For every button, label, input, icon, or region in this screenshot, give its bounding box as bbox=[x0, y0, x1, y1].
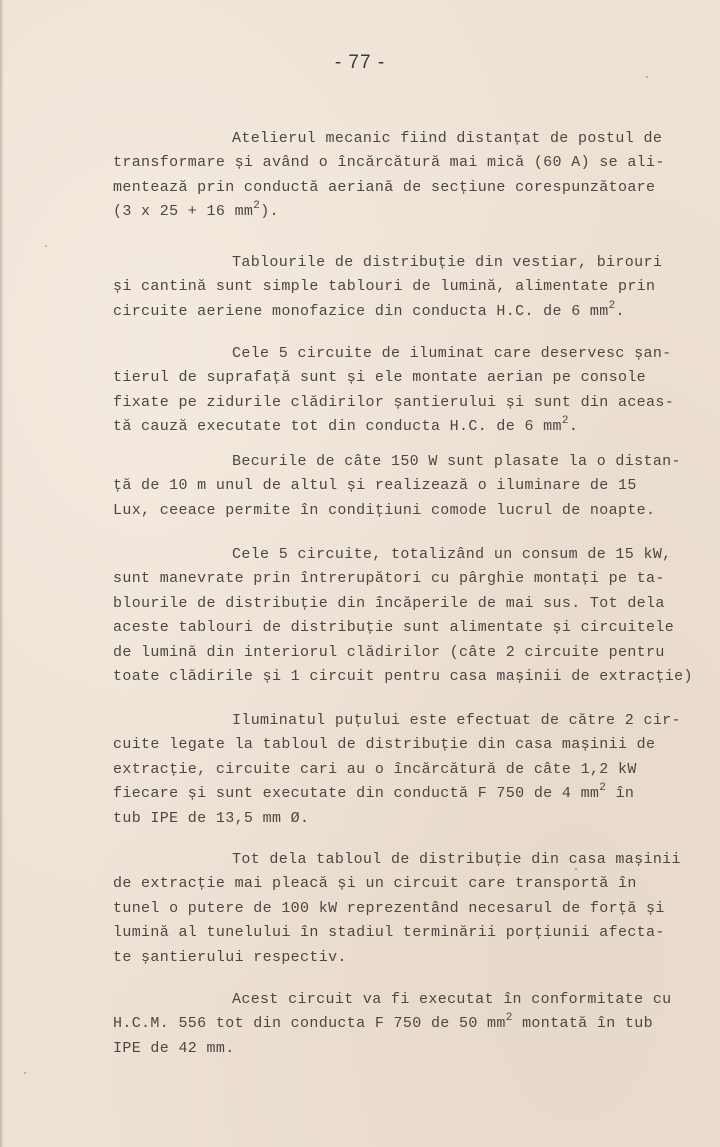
superscript: 2 bbox=[506, 1012, 513, 1024]
text-line: tierul de suprafață sunt și ele montate … bbox=[113, 369, 646, 387]
text-line: și cantină sunt simple tablouri de lumin… bbox=[113, 278, 655, 296]
text-line: fixate pe zidurile clădirilor șantierulu… bbox=[113, 394, 674, 412]
text-line: (3 x 25 + 16 mm2). bbox=[113, 203, 279, 221]
text-line: Acest circuit va fi executat în conformi… bbox=[232, 991, 672, 1009]
text-line: blourile de distribuție din încăperile d… bbox=[113, 595, 665, 613]
text-line: de lumină din interiorul clădirilor (cât… bbox=[113, 644, 665, 662]
document-page: - 77 - Atelierul mecanic fiind distanțat… bbox=[0, 0, 720, 1147]
text-line: IPE de 42 mm. bbox=[113, 1040, 235, 1058]
text-line: Atelierul mecanic fiind distanțat de pos… bbox=[232, 130, 662, 148]
superscript: 2 bbox=[562, 415, 569, 427]
text-line: Tot dela tabloul de distribuție din casa… bbox=[232, 851, 681, 869]
text-line: lumină al tunelului în stadiul terminări… bbox=[113, 924, 665, 942]
text-line: te șantierului respectiv. bbox=[113, 949, 347, 967]
paper-speck bbox=[575, 868, 577, 870]
paper-speck bbox=[24, 1072, 26, 1074]
text-line: circuite aeriene monofazice din conducta… bbox=[113, 303, 625, 321]
superscript: 2 bbox=[253, 200, 260, 212]
text-line: cuite legate la tabloul de distribuție d… bbox=[113, 736, 655, 754]
text-line: de extracție mai pleacă și un circuit ca… bbox=[113, 875, 637, 893]
text-line: tunel o putere de 100 kW reprezentând ne… bbox=[113, 900, 665, 918]
text-line: tă cauză executate tot din conducta H.C.… bbox=[113, 418, 578, 436]
text-line: Becurile de câte 150 W sunt plasate la o… bbox=[232, 453, 681, 471]
superscript: 2 bbox=[599, 782, 606, 794]
paper-speck bbox=[45, 245, 47, 247]
page-number: - 77 - bbox=[0, 52, 720, 74]
text-line: Cele 5 circuite de iluminat care deserve… bbox=[232, 345, 672, 363]
text-line: H.C.M. 556 tot din conducta F 750 de 50 … bbox=[113, 1015, 653, 1033]
text-line: fiecare și sunt executate din conductă F… bbox=[113, 785, 634, 803]
text-line: ță de 10 m unul de altul și realizează o… bbox=[113, 477, 637, 495]
text-line: Iluminatul puțului este efectuat de cătr… bbox=[232, 712, 681, 730]
text-line: Cele 5 circuite, totalizând un consum de… bbox=[232, 546, 672, 564]
text-line: Lux, ceeace permite în condițiuni comode… bbox=[113, 502, 655, 520]
text-line: toate clădirile și 1 circuit pentru casa… bbox=[113, 668, 693, 686]
text-line: Tablourile de distribuție din vestiar, b… bbox=[232, 254, 662, 272]
text-line: tub IPE de 13,5 mm Ø. bbox=[113, 810, 309, 828]
text-line: extracție, circuite cari au o încărcătur… bbox=[113, 761, 637, 779]
paper-speck bbox=[646, 76, 648, 78]
page-edge-shadow bbox=[0, 0, 4, 1147]
text-line: transformare și având o încărcătură mai … bbox=[113, 154, 665, 172]
text-line: sunt manevrate prin întrerupători cu pâr… bbox=[113, 570, 665, 588]
text-line: aceste tablouri de distribuție sunt alim… bbox=[113, 619, 674, 637]
text-line: mentează prin conductă aeriană de secțiu… bbox=[113, 179, 655, 197]
superscript: 2 bbox=[609, 300, 616, 312]
